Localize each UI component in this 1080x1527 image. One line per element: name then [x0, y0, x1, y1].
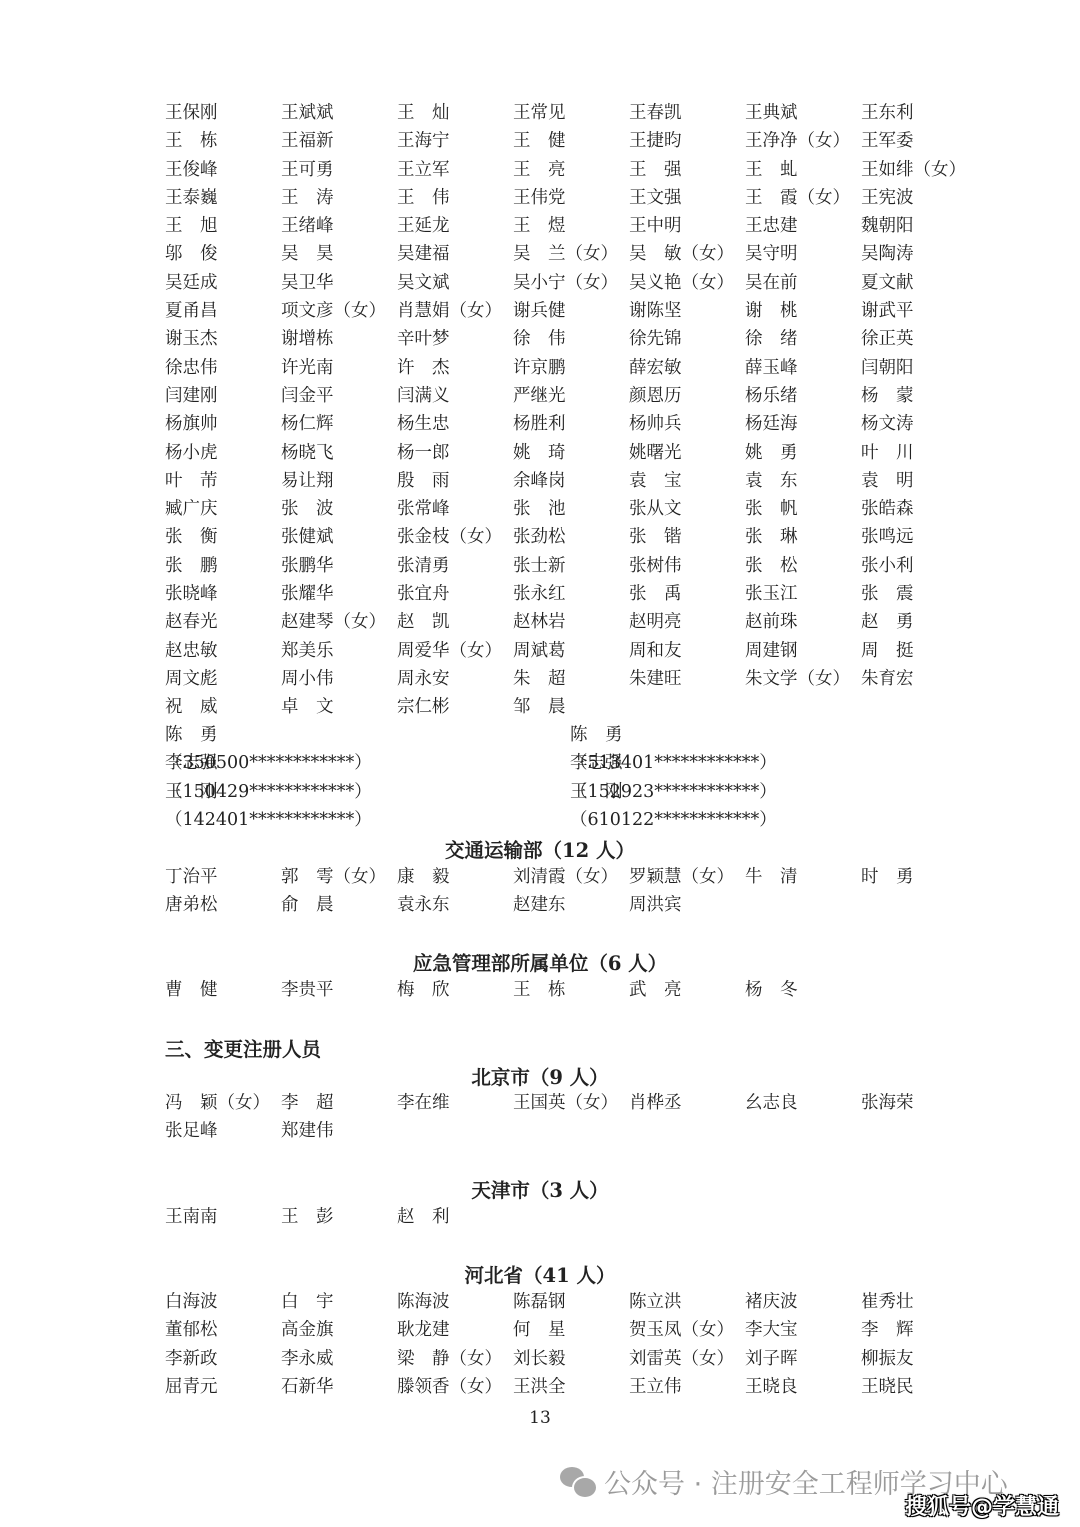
- person-name: 张 禹: [629, 580, 682, 608]
- person-name: 张 鹏: [165, 552, 218, 580]
- person-name: 闫建刚: [165, 382, 218, 410]
- person-name: 闫金平: [281, 382, 334, 410]
- person-name: 谢 桃: [745, 297, 798, 325]
- person-name: 吴建福: [397, 240, 450, 268]
- person-name: 王净净（女）: [745, 127, 850, 155]
- person-name: 王春凯: [629, 99, 682, 127]
- person-name-with-id: 王 刚（610122************）: [570, 778, 777, 835]
- person-name: 吴 昊: [281, 240, 334, 268]
- person-name: 何 星: [513, 1316, 566, 1344]
- person-name: 张足峰: [165, 1117, 218, 1145]
- person-name: 吴义艳（女）: [629, 269, 734, 297]
- person-name: 王保刚: [165, 99, 218, 127]
- person-name: 董郁松: [165, 1316, 218, 1344]
- person-name: 屈青元: [165, 1373, 218, 1401]
- person-name: 石新华: [281, 1373, 334, 1401]
- person-name: 王 栋: [513, 976, 566, 1004]
- person-name: 王 亮: [513, 156, 566, 184]
- person-name: 周建钢: [745, 637, 798, 665]
- person-name: 牛 清: [745, 863, 798, 891]
- person-name: 谢陈坚: [629, 297, 682, 325]
- person-name: 王 煜: [513, 212, 566, 240]
- person-name: 徐 伟: [513, 325, 566, 353]
- person-name: 李在维: [397, 1089, 450, 1117]
- person-name: 王 灿: [397, 99, 450, 127]
- person-name: 袁 明: [861, 467, 914, 495]
- person-name: 肖桦丞: [629, 1089, 682, 1117]
- person-name: 夏甬昌: [165, 297, 218, 325]
- person-name: 张劲松: [513, 523, 566, 551]
- person-name: 张 琳: [745, 523, 798, 551]
- person-name: 项文彦（女）: [281, 297, 386, 325]
- person-name: 祝 威: [165, 693, 218, 721]
- person-name: 张 波: [281, 495, 334, 523]
- person-name: 杨文涛: [861, 410, 914, 438]
- person-name: 杨 蒙: [861, 382, 914, 410]
- person-name: 刘子晖: [745, 1345, 798, 1373]
- person-name: 赵春光: [165, 608, 218, 636]
- person-name: 王斌斌: [281, 99, 334, 127]
- person-name: 康 毅: [397, 863, 450, 891]
- person-name: 王文强: [629, 184, 682, 212]
- person-name: 张清勇: [397, 552, 450, 580]
- person-name: 邹 晨: [513, 693, 566, 721]
- person-name: 张 帆: [745, 495, 798, 523]
- person-name: 杨一郎: [397, 439, 450, 467]
- person-name-with-id: 王 刚（142401************）: [165, 778, 372, 835]
- person-name: 梁 静（女）: [397, 1345, 502, 1373]
- person-name: 袁 东: [745, 467, 798, 495]
- person-name: 张 锴: [629, 523, 682, 551]
- person-name: 杨生忠: [397, 410, 450, 438]
- person-name: 罗颖慧（女）: [629, 863, 734, 891]
- person-name: 叶 芾: [165, 467, 218, 495]
- person-name: 王晓良: [745, 1373, 798, 1401]
- person-name: 贺玉凤（女）: [629, 1316, 734, 1344]
- person-name: 周和友: [629, 637, 682, 665]
- person-name: 王如绯（女）: [861, 156, 966, 184]
- person-name: 吴廷成: [165, 269, 218, 297]
- person-name: 杨乐绪: [745, 382, 798, 410]
- person-name: 梅 欣: [397, 976, 450, 1004]
- person-name: 周文彪: [165, 665, 218, 693]
- person-name: 杨旗帅: [165, 410, 218, 438]
- person-name: 耿龙建: [397, 1316, 450, 1344]
- person-name: 王 霞（女）: [745, 184, 850, 212]
- transport-heading: 交通运输部（12 人）: [0, 835, 1080, 863]
- person-name: 杨晓飞: [281, 439, 334, 467]
- person-name: 张树伟: [629, 552, 682, 580]
- person-name: 杨廷海: [745, 410, 798, 438]
- person-name: 刘长毅: [513, 1345, 566, 1373]
- person-name: 张宜舟: [397, 580, 450, 608]
- person-name: 易让翔: [281, 467, 334, 495]
- person-name: 李新政: [165, 1345, 218, 1373]
- person-name: 许 杰: [397, 354, 450, 382]
- person-name: 王可勇: [281, 156, 334, 184]
- person-name: 李大宝: [745, 1316, 798, 1344]
- person-name: 王军委: [861, 127, 914, 155]
- person-name: 吴 敏（女）: [629, 240, 734, 268]
- person-name: 王中明: [629, 212, 682, 240]
- person-name: 郑美乐: [281, 637, 334, 665]
- person-name: 柳振友: [861, 1345, 914, 1373]
- person-name: 周爱华（女）: [397, 637, 502, 665]
- person-name: 周小伟: [281, 665, 334, 693]
- person-name: 杨 冬: [745, 976, 798, 1004]
- person-name: 张玉江: [745, 580, 798, 608]
- person-name: 王泰巍: [165, 184, 218, 212]
- person-name: 幺志良: [745, 1089, 798, 1117]
- person-name: 曹 健: [165, 976, 218, 1004]
- person-name: 殷 雨: [397, 467, 450, 495]
- person-name: 魏朝阳: [861, 212, 914, 240]
- person-name: 王国英（女）: [513, 1089, 618, 1117]
- person-name: 王晓民: [861, 1373, 914, 1401]
- person-name: 朱 超: [513, 665, 566, 693]
- person-name: 郑建伟: [281, 1117, 334, 1145]
- tianjin-heading: 天津市（3 人）: [0, 1175, 1080, 1203]
- person-name: 王东利: [861, 99, 914, 127]
- person-name: 吴在前: [745, 269, 798, 297]
- person-name: 王立伟: [629, 1373, 682, 1401]
- person-name: 许光南: [281, 354, 334, 382]
- person-name: 余峰岗: [513, 467, 566, 495]
- person-name: 闫满义: [397, 382, 450, 410]
- person-name: 赵 勇: [861, 608, 914, 636]
- person-name: 谢武平: [861, 297, 914, 325]
- person-name: 滕领香（女）: [397, 1373, 502, 1401]
- person-name: 朱育宏: [861, 665, 914, 693]
- person-name: 王 伟: [397, 184, 450, 212]
- person-name: 周洪宾: [629, 891, 682, 919]
- person-name: 赵建琴（女）: [281, 608, 386, 636]
- person-name: 薛宏敏: [629, 354, 682, 382]
- person-name: 叶 川: [861, 439, 914, 467]
- person-name: 徐先锦: [629, 325, 682, 353]
- person-name: 赵忠敏: [165, 637, 218, 665]
- person-name: 白 宇: [281, 1288, 334, 1316]
- person-name: 闫朝阳: [861, 354, 914, 382]
- person-name: 王南南: [165, 1203, 218, 1231]
- person-name: 张小利: [861, 552, 914, 580]
- person-name: 朱文学（女）: [745, 665, 850, 693]
- person-name: 王 彭: [281, 1203, 334, 1231]
- person-name: 王忠建: [745, 212, 798, 240]
- person-name: 杨小虎: [165, 439, 218, 467]
- person-name: 谢增栋: [281, 325, 334, 353]
- person-name: 王 旭: [165, 212, 218, 240]
- person-name: 徐正英: [861, 325, 914, 353]
- person-name: 白海波: [165, 1288, 218, 1316]
- person-name: 李 辉: [861, 1316, 914, 1344]
- person-name: 薛玉峰: [745, 354, 798, 382]
- person-name: 刘雷英（女）: [629, 1345, 734, 1373]
- person-name: 赵 凯: [397, 608, 450, 636]
- person-name: 冯 颖（女）: [165, 1089, 270, 1117]
- person-name: 袁 宝: [629, 467, 682, 495]
- person-name: 王 栋: [165, 127, 218, 155]
- person-name: 张 松: [745, 552, 798, 580]
- person-name: 丁治平: [165, 863, 218, 891]
- person-name: 陈磊钢: [513, 1288, 566, 1316]
- person-name: 王 虬: [745, 156, 798, 184]
- section-title: 三、变更注册人员: [165, 1034, 321, 1062]
- person-name: 吴陶涛: [861, 240, 914, 268]
- person-name: 王洪全: [513, 1373, 566, 1401]
- person-name: 张 震: [861, 580, 914, 608]
- person-name: 刘清霞（女）: [513, 863, 618, 891]
- person-name: 张鹏华: [281, 552, 334, 580]
- person-name: 张海荣: [861, 1089, 914, 1117]
- person-name: 姚曙光: [629, 439, 682, 467]
- emergency-heading: 应急管理部所属单位（6 人）: [0, 948, 1080, 976]
- document-page: 王保刚王斌斌王 灿王常见王春凯王典斌王东利王 栋王福新王海宁王 健王捷昀王净净（…: [0, 0, 1080, 1527]
- person-name: 朱建旺: [629, 665, 682, 693]
- person-name: 陈立洪: [629, 1288, 682, 1316]
- person-name: 袁永东: [397, 891, 450, 919]
- person-name: 王立军: [397, 156, 450, 184]
- person-name: 杨胜利: [513, 410, 566, 438]
- person-name: 周 挺: [861, 637, 914, 665]
- person-name: 肖慧娟（女）: [397, 297, 502, 325]
- person-name: 王伟党: [513, 184, 566, 212]
- person-name: 赵 利: [397, 1203, 450, 1231]
- person-name: 杨帅兵: [629, 410, 682, 438]
- person-name: 颜恩历: [629, 382, 682, 410]
- person-name: 卓 文: [281, 693, 334, 721]
- person-name: 王宪波: [861, 184, 914, 212]
- person-name: 赵林岩: [513, 608, 566, 636]
- person-name: 吴文斌: [397, 269, 450, 297]
- person-name: 宗仁彬: [397, 693, 450, 721]
- person-name: 王福新: [281, 127, 334, 155]
- beijing-heading: 北京市（9 人）: [0, 1062, 1080, 1090]
- person-name: 吴 兰（女）: [513, 240, 618, 268]
- person-name: 张鸣远: [861, 523, 914, 551]
- person-name: 高金旗: [281, 1316, 334, 1344]
- person-name: 张晓峰: [165, 580, 218, 608]
- person-name: 夏文献: [861, 269, 914, 297]
- person-name: 吴卫华: [281, 269, 334, 297]
- person-name: 王俊峰: [165, 156, 218, 184]
- person-name: 吴小宁（女）: [513, 269, 618, 297]
- person-name: 张金枝（女）: [397, 523, 502, 551]
- person-name: 姚 琦: [513, 439, 566, 467]
- person-name: 张常峰: [397, 495, 450, 523]
- person-name: 谢兵健: [513, 297, 566, 325]
- person-name: 谢玉杰: [165, 325, 218, 353]
- person-name: 王 强: [629, 156, 682, 184]
- wechat-icon: [560, 1467, 596, 1497]
- person-name: 王常见: [513, 99, 566, 127]
- person-name: 张 衡: [165, 523, 218, 551]
- person-name: 郭 雩（女）: [281, 863, 386, 891]
- person-name: 许京鹏: [513, 354, 566, 382]
- person-name: 张 池: [513, 495, 566, 523]
- person-name: 王 健: [513, 127, 566, 155]
- person-name: 赵明亮: [629, 608, 682, 636]
- person-name: 张永红: [513, 580, 566, 608]
- person-name: 崔秀壮: [861, 1288, 914, 1316]
- person-name: 俞 晨: [281, 891, 334, 919]
- person-name: 周永安: [397, 665, 450, 693]
- person-name: 邬 俊: [165, 240, 218, 268]
- person-name: 辛叶梦: [397, 325, 450, 353]
- person-name: 王延龙: [397, 212, 450, 240]
- person-name: 王绪峰: [281, 212, 334, 240]
- person-name: 臧广庆: [165, 495, 218, 523]
- person-name: 王典斌: [745, 99, 798, 127]
- person-name: 武 亮: [629, 976, 682, 1004]
- person-name: 张皓森: [861, 495, 914, 523]
- person-name: 杨仁辉: [281, 410, 334, 438]
- person-name: 张健斌: [281, 523, 334, 551]
- person-name: 徐 绪: [745, 325, 798, 353]
- person-name: 张士新: [513, 552, 566, 580]
- person-name: 周斌葛: [513, 637, 566, 665]
- person-name: 时 勇: [861, 863, 914, 891]
- person-name: 褚庆波: [745, 1288, 798, 1316]
- person-name: 张耀华: [281, 580, 334, 608]
- person-name: 李永威: [281, 1345, 334, 1373]
- person-name: 王海宁: [397, 127, 450, 155]
- person-name: 唐弟松: [165, 891, 218, 919]
- person-name: 王捷昀: [629, 127, 682, 155]
- person-name: 严继光: [513, 382, 566, 410]
- person-name: 李 超: [281, 1089, 334, 1117]
- person-name: 陈海波: [397, 1288, 450, 1316]
- person-name: 徐忠伟: [165, 354, 218, 382]
- person-name: 王 涛: [281, 184, 334, 212]
- person-name: 姚 勇: [745, 439, 798, 467]
- hebei-heading: 河北省（41 人）: [0, 1260, 1080, 1288]
- person-name: 张从文: [629, 495, 682, 523]
- sohu-tag: 搜狐号@学慧通: [905, 1490, 1059, 1521]
- person-name: 吴守明: [745, 240, 798, 268]
- person-name: 赵前珠: [745, 608, 798, 636]
- person-name: 赵建东: [513, 891, 566, 919]
- person-name: 李贵平: [281, 976, 334, 1004]
- page-number: 13: [0, 1408, 1080, 1428]
